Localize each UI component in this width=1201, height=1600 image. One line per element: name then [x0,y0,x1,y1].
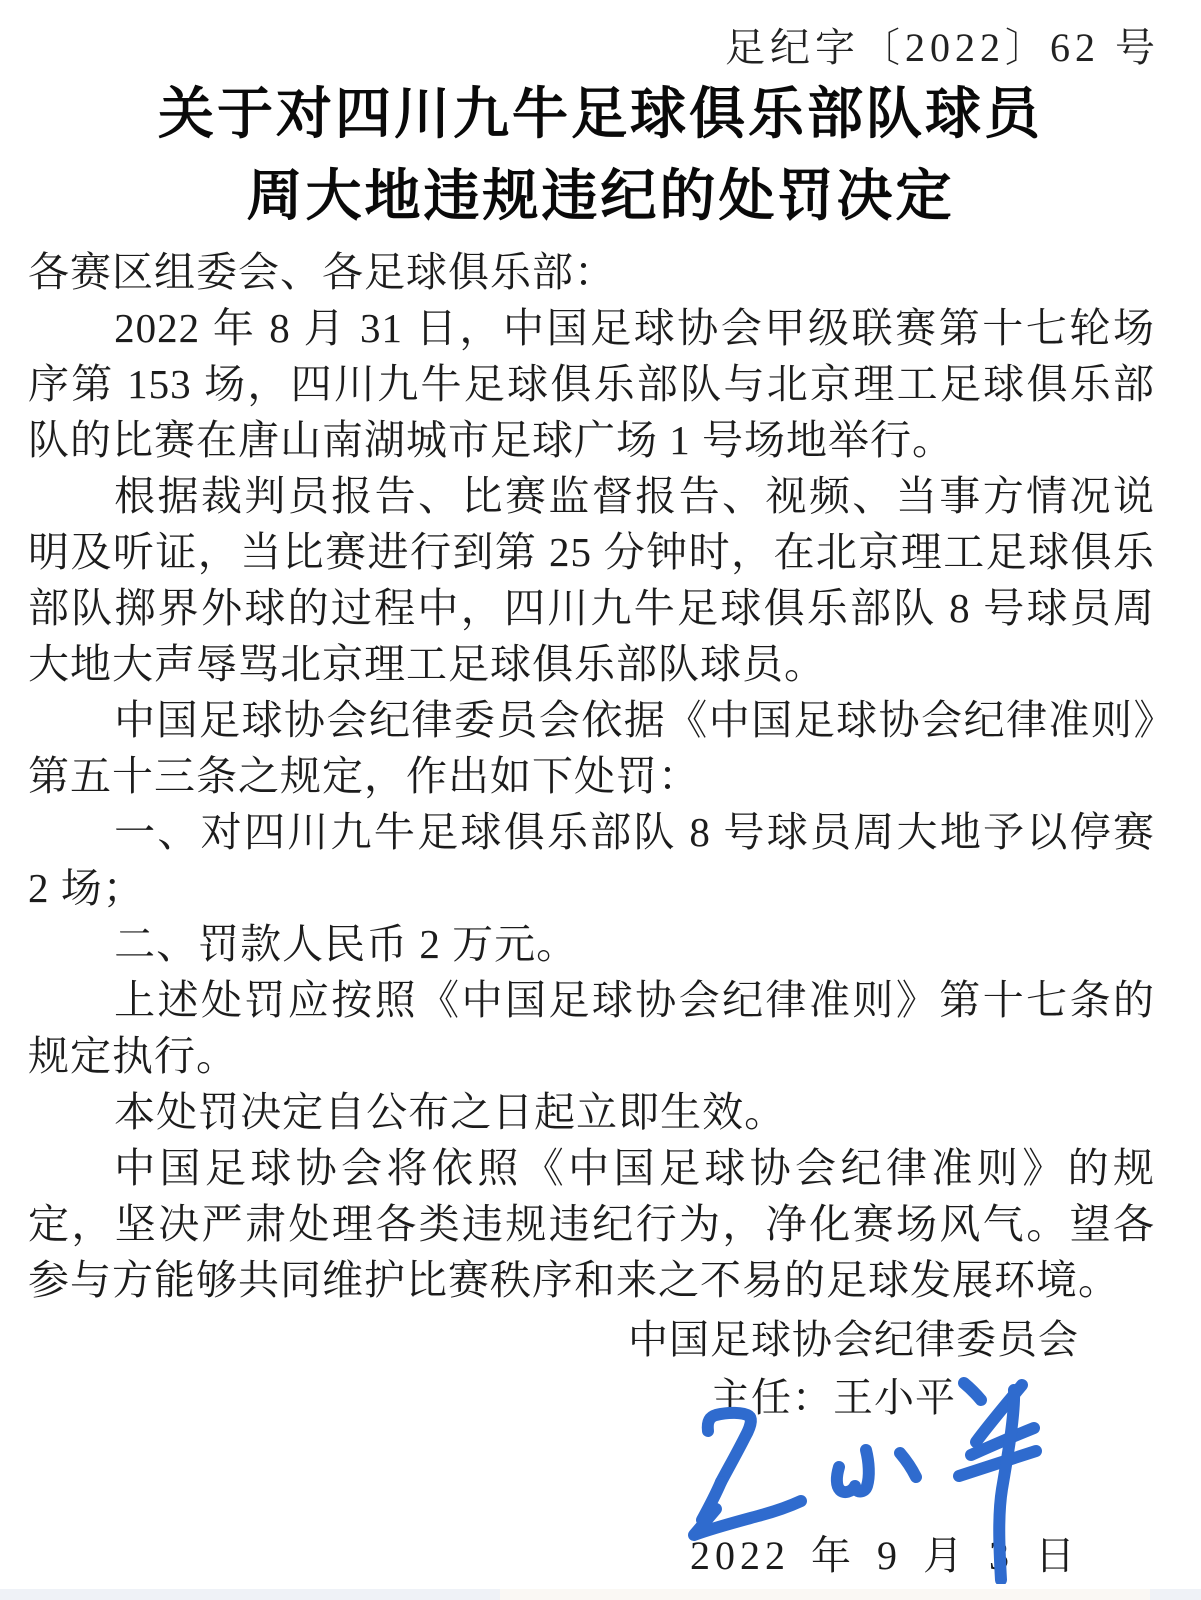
paragraph-ruling-basis: 中国足球协会纪律委员会依据《中国足球协会纪律准则》第五十三条之规定，作出如下处罚… [28,692,1155,804]
paragraph-penalty-2: 二、罚款人民币 2 万元。 [28,916,1155,972]
paragraph-statement: 中国足球协会将依照《中国足球协会纪律准则》的规定，坚决严肃处理各类违规违纪行为，… [28,1140,1155,1308]
document-body: 各赛区组委会、各足球俱乐部： 2022 年 8 月 31 日，中国足球协会甲级联… [28,244,1155,1308]
page-bottom-edge-middle [500,1589,1150,1600]
title-line-2: 周大地违规违纪的处罚决定 [0,156,1201,238]
document-title: 关于对四川九牛足球俱乐部队球员 周大地违规违纪的处罚决定 [0,74,1201,238]
paragraph-effective: 本处罚决定自公布之日起立即生效。 [28,1084,1155,1140]
handwritten-signature-wang-xiaoping [638,1374,1078,1584]
paragraph-execution: 上述处罚应按照《中国足球协会纪律准则》第十七条的规定执行。 [28,972,1155,1084]
title-line-1: 关于对四川九牛足球俱乐部队球员 [0,74,1201,156]
paragraph-match-info: 2022 年 8 月 31 日，中国足球协会甲级联赛第十七轮场序第 153 场，… [28,300,1155,468]
document-number: 足纪字〔2022〕62 号 [725,16,1160,73]
signature-strokes [694,1383,1036,1580]
salutation-line: 各赛区组委会、各足球俱乐部： [28,244,1155,300]
paragraph-incident: 根据裁判员报告、比赛监督报告、视频、当事方情况说明及听证，当比赛进行到第 25 … [28,468,1155,692]
committee-name: 中国足球协会纪律委员会 [628,1308,1079,1365]
document-page: 足纪字〔2022〕62 号 关于对四川九牛足球俱乐部队球员 周大地违规违纪的处罚… [0,0,1201,1600]
paragraph-penalty-1: 一、对四川九牛足球俱乐部队 8 号球员周大地予以停赛 2 场； [28,804,1155,916]
